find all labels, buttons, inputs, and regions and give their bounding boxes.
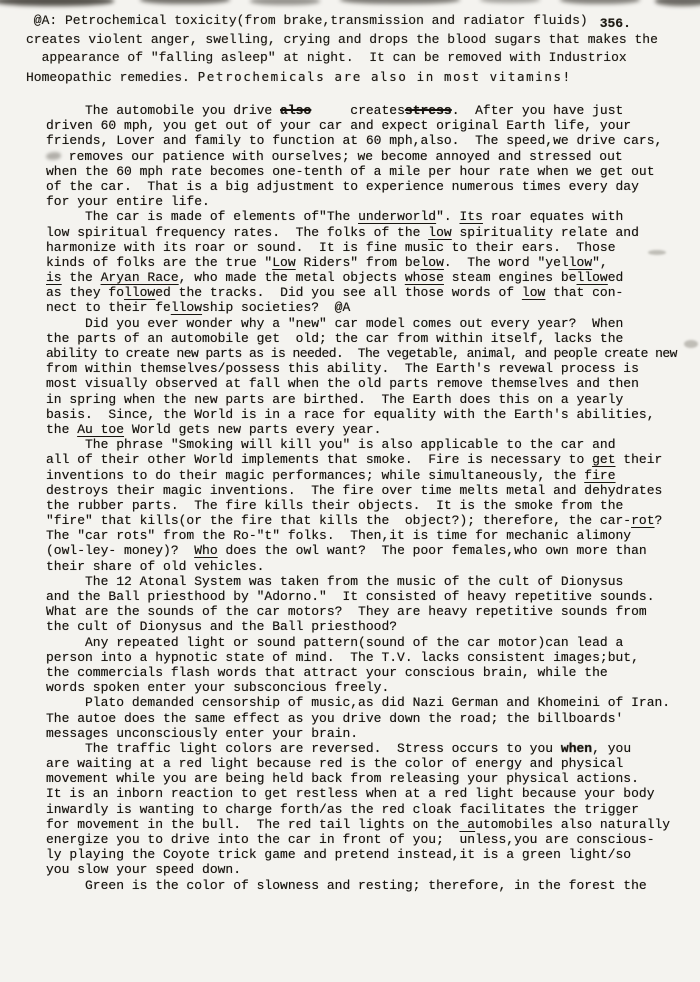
text-line: words spoken enter your subsconcious fre… xyxy=(46,680,677,695)
text-line: The 12 Atonal System was taken from the … xyxy=(46,574,677,589)
text-line: inventions to do their magic performance… xyxy=(46,468,677,483)
text-line: messages unconsciously enter your brain. xyxy=(46,726,677,741)
text-line: Plato demanded censorship of music,as di… xyxy=(46,695,677,710)
text-line: kinds of folks are the true "Low Riders"… xyxy=(46,255,677,270)
typewritten-text: The automobile you drive also createsstr… xyxy=(46,103,677,893)
scan-artifact xyxy=(140,0,230,4)
scan-artifact xyxy=(250,0,320,5)
scan-artifact xyxy=(655,0,700,6)
text-line: "fire" that kills(or the fire that kills… xyxy=(46,513,677,528)
text-line: of the car. That is a big adjustment to … xyxy=(46,179,677,194)
text-line: low spiritual frequency rates. The folks… xyxy=(46,225,677,240)
text-line: Any repeated light or sound pattern(soun… xyxy=(46,635,677,650)
text-line: the rubber parts. The fire kills their o… xyxy=(46,498,677,513)
header-text: Homeopathic remedies. xyxy=(26,70,198,85)
text-line: movement while you are being held back f… xyxy=(46,771,677,786)
text-line: Did you ever wonder why a "new" car mode… xyxy=(46,316,677,331)
text-line: energize you to drive into the car in fr… xyxy=(46,832,677,847)
text-line: The "car rots" from the Ro-"t" folks. Th… xyxy=(46,528,677,543)
header-line: creates violent anger, swelling, crying … xyxy=(26,31,658,50)
header-annotation: @A: Petrochemical toxicity(from brake,tr… xyxy=(26,12,658,87)
scan-artifact xyxy=(0,0,114,6)
text-line: person into a hypnotic state of mind. Th… xyxy=(46,650,677,665)
page-number: 356. xyxy=(600,15,631,34)
scanned-typewritten-page: @A: Petrochemical toxicity(from brake,tr… xyxy=(0,0,700,982)
text-line: the cult of Dionysus and the Ball priest… xyxy=(46,619,677,634)
text-line: the commercials flash words that attract… xyxy=(46,665,677,680)
text-line: all of their other World implements that… xyxy=(46,452,677,467)
text-line: The car is made of elements of"The under… xyxy=(46,209,677,224)
text-line: harmonize with its roar or sound. It is … xyxy=(46,240,677,255)
text-line: for your entire life. xyxy=(46,194,677,209)
scan-artifact xyxy=(560,0,640,4)
ink-speck xyxy=(684,340,698,348)
text-line: Green is the color of slowness and resti… xyxy=(46,878,677,893)
text-line: It is an inborn reaction to get restless… xyxy=(46,786,677,801)
text-line: inwardly is wanting to charge forth/as t… xyxy=(46,802,677,817)
text-line: the Au toe World gets new parts every ye… xyxy=(46,422,677,437)
text-line: driven 60 mph, you get out of your car a… xyxy=(46,118,677,133)
text-line: The automobile you drive also createsstr… xyxy=(46,103,677,118)
text-line: their share of old vehicles. xyxy=(46,559,677,574)
text-line: What are the sounds of the car motors? T… xyxy=(46,604,677,619)
text-line: the parts of an automobile get old; the … xyxy=(46,331,677,346)
scan-artifact xyxy=(340,0,460,4)
text-line: nect to their fellowship societies? @A xyxy=(46,300,677,315)
text-line: removes our patience with ourselves; we … xyxy=(46,149,677,164)
text-line: for movement in the bull. The red tail l… xyxy=(46,817,677,832)
header-line: appearance of "falling asleep" at night.… xyxy=(26,49,658,68)
text-line: (owl-ley- money)? Who does the owl want?… xyxy=(46,543,677,558)
text-line: and the Ball priesthood by "Adorno." It … xyxy=(46,589,677,604)
text-line: from within themselves/possess this abil… xyxy=(46,361,677,376)
text-line: ability to create new parts as is needed… xyxy=(46,346,677,361)
scan-artifact xyxy=(480,0,540,3)
text-line: as they followed the tracks. Did you see… xyxy=(46,285,677,300)
text-line: in spring when the new parts are birthed… xyxy=(46,392,677,407)
text-line: ly playing the Coyote trick game and pre… xyxy=(46,847,677,862)
header-emphasis: Petrochemicals are also in most vitamins… xyxy=(198,69,572,84)
text-line: The autoe does the same effect as you dr… xyxy=(46,711,677,726)
text-line: The traffic light colors are reversed. S… xyxy=(46,741,677,756)
text-line: basis. Since, the World is in a race for… xyxy=(46,407,677,422)
text-line: are waiting at a red light because red i… xyxy=(46,756,677,771)
header-line: @A: Petrochemical toxicity(from brake,tr… xyxy=(26,12,658,31)
text-line: The phrase "Smoking will kill you" is al… xyxy=(46,437,677,452)
text-line: is the Aryan Race, who made the metal ob… xyxy=(46,270,677,285)
text-line: friends, Lover and family to function at… xyxy=(46,133,677,148)
header-text: @A: Petrochemical toxicity(from brake,tr… xyxy=(26,13,588,28)
text-line: you slow your speed down. xyxy=(46,862,677,877)
text-line: most visually observed at fall when the … xyxy=(46,376,677,391)
text-line: when the 60 mph rate becomes one-tenth o… xyxy=(46,164,677,179)
header-line: Homeopathic remedies. Petrochemicals are… xyxy=(26,68,658,88)
text-line: destroys their magic inventions. The fir… xyxy=(46,483,677,498)
